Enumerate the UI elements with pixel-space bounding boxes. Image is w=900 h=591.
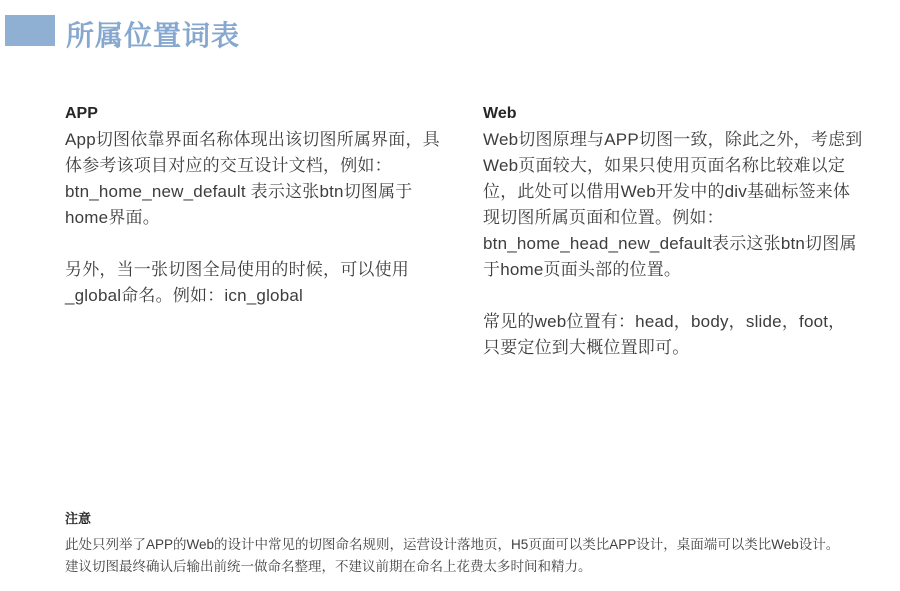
text-line: 现切图所属页面和位置。例如： — [483, 205, 873, 231]
web-section: Web Web切图原理与APP切图一致，除此之外，考虑到 Web页面较大，如果只… — [483, 101, 873, 361]
app-paragraph-1: App切图依靠界面名称体现出该切图所属界面，具 体参考该项目对应的交互设计文档，… — [65, 127, 465, 231]
note-line: 建议切图最终确认后输出前统一做命名整理，不建议前期在命名上花费太多时间和精力。 — [65, 556, 865, 578]
text-line: 体参考该项目对应的交互设计文档，例如： — [65, 153, 465, 179]
note-heading: 注意 — [65, 509, 865, 529]
text-line: 位，此处可以借用Web开发中的div基础标签来体 — [483, 179, 873, 205]
text-line: 只要定位到大概位置即可。 — [483, 335, 873, 361]
text-line: _global命名。例如：icn_global — [65, 283, 465, 309]
page: { "page": { "title": "所属位置词表" }, "column… — [0, 0, 900, 591]
text-line: 另外，当一张切图全局使用的时候，可以使用 — [65, 257, 465, 283]
app-paragraph-2: 另外，当一张切图全局使用的时候，可以使用 _global命名。例如：icn_gl… — [65, 257, 465, 309]
text-line: App切图依靠界面名称体现出该切图所属界面，具 — [65, 127, 465, 153]
web-paragraph-1: Web切图原理与APP切图一致，除此之外，考虑到 Web页面较大，如果只使用页面… — [483, 127, 873, 283]
web-paragraph-2: 常见的web位置有：head，body，slide，foot， 只要定位到大概位… — [483, 309, 873, 361]
text-line: 常见的web位置有：head，body，slide，foot， — [483, 309, 873, 335]
text-line: Web切图原理与APP切图一致，除此之外，考虑到 — [483, 127, 873, 153]
title-accent-square — [5, 15, 55, 46]
text-line: 于home页面头部的位置。 — [483, 257, 873, 283]
app-section-heading: APP — [65, 101, 465, 127]
text-line: btn_home_new_default 表示这张btn切图属于 — [65, 179, 465, 205]
text-line: home界面。 — [65, 205, 465, 231]
text-line: Web页面较大，如果只使用页面名称比较难以定 — [483, 153, 873, 179]
web-section-heading: Web — [483, 101, 873, 127]
text-line: btn_home_head_new_default表示这张btn切图属 — [483, 231, 873, 257]
note-section: 注意 此处只列举了APP的Web的设计中常见的切图命名规则，运营设计落地页，H5… — [65, 509, 865, 578]
page-title: 所属位置词表 — [66, 14, 240, 54]
app-section: APP App切图依靠界面名称体现出该切图所属界面，具 体参考该项目对应的交互设… — [65, 101, 465, 309]
note-line: 此处只列举了APP的Web的设计中常见的切图命名规则，运营设计落地页，H5页面可… — [65, 534, 865, 556]
